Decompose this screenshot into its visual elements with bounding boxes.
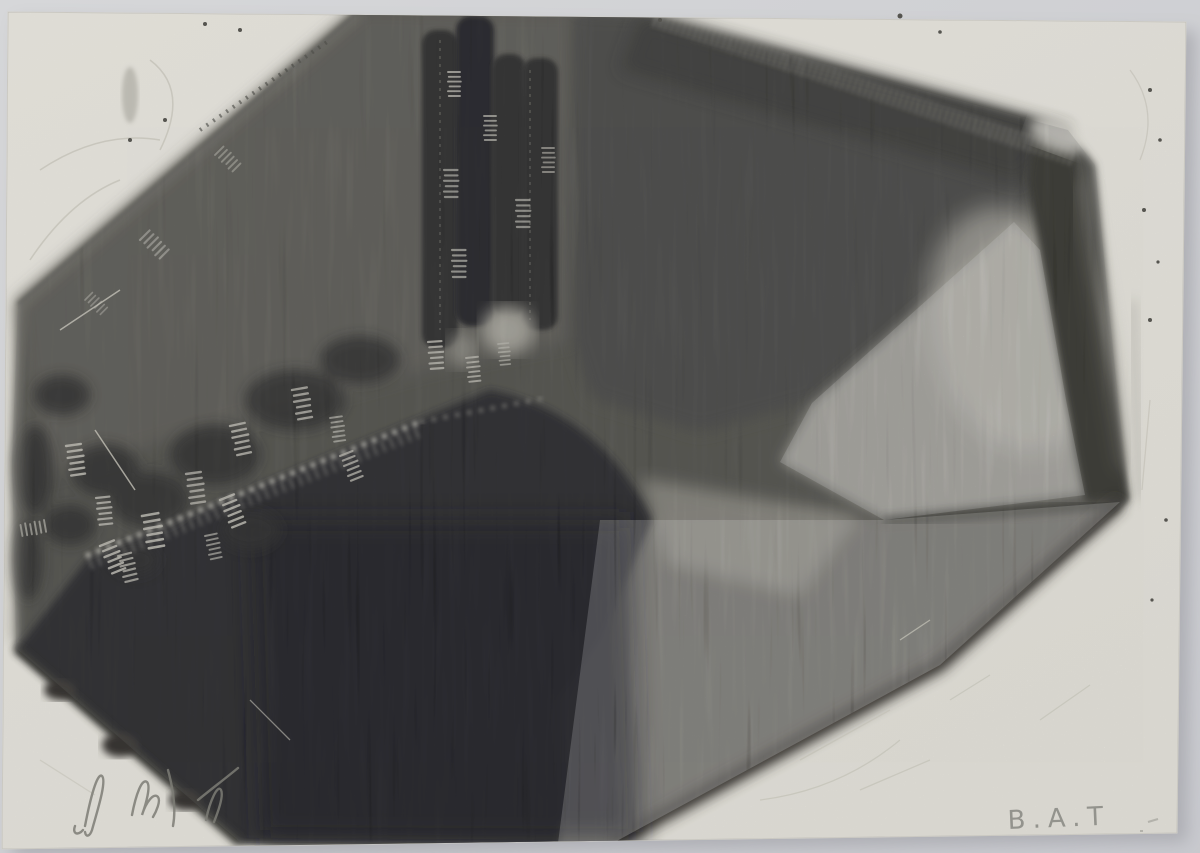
- print-image: [0, 0, 1200, 853]
- smudge-trail: [122, 67, 138, 123]
- bat-inscription: B.A.T: [1007, 802, 1111, 836]
- artwork-photo: B.A.T: [0, 0, 1200, 853]
- photo-frame: B.A.T: [0, 0, 1200, 853]
- paper-grain: [0, 0, 1200, 853]
